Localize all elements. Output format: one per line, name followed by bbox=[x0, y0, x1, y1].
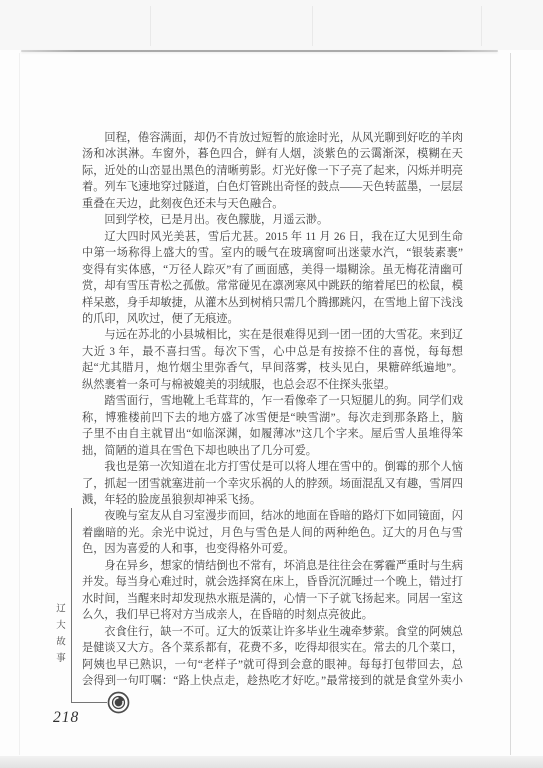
sidebar-horizontal-rule bbox=[71, 702, 107, 703]
text-line: 赏，却有雪压青松之孤傲。常常碰见在凛冽寒风中跳跃的缩着尾巴的松鼠，模 bbox=[82, 278, 463, 294]
sidebar-chapter-label: 辽大故事 bbox=[52, 603, 66, 669]
text-line: 称，博雅楼前凹下去的地方盛了冰雪便是“映雪湖”。每次走到那条路上，脑 bbox=[82, 410, 463, 426]
scan-streak bbox=[481, 6, 482, 46]
text-line: 会得到一句叮嘱：“路上快点走，趁热吃才好吃。”最常接到的就是食堂外卖小 bbox=[82, 673, 463, 689]
text-line: 夜晚与室友从自习室漫步而回，结冰的地面在昏暗的路灯下如同镜面，闪 bbox=[82, 508, 463, 524]
page-right-edge bbox=[510, 53, 511, 755]
text-line: 变得有实体感，“万径人踪灭”有了画面感，美得一塌糊涂。虽无梅花清幽可 bbox=[82, 262, 463, 278]
text-line: 汤和冰淇淋。车窗外，暮色四合，鲜有人烟，淡紫色的云霭渐深，模糊在天 bbox=[82, 146, 463, 162]
text-line: 样呆憨，身手却敏捷，从灌木丛到树梢只需几个腾挪跳闪，在雪地上留下浅浅 bbox=[82, 295, 463, 311]
scan-background-bottom bbox=[0, 756, 543, 768]
text-line: 并发。每当身心难过时，就会选择窝在床上，昏昏沉沉睡过一个晚上，错过打 bbox=[82, 574, 463, 590]
sidebar-vertical-rule bbox=[71, 508, 72, 702]
text-line: 色，因为喜爱的人和事，也变得格外可爱。 bbox=[82, 541, 463, 557]
text-line: 我也是第一次知道在北方打雪仗是可以将人埋在雪中的。倒霉的那个人恼 bbox=[82, 459, 463, 475]
clock-icon bbox=[106, 690, 131, 715]
text-line: 着。列车飞速地穿过隧道，白色灯管跳出奇怪的鼓点——天色转蓝墨，一层层 bbox=[82, 179, 463, 195]
text-line: 中第一场称得上盛大的雪。室内的暖气在玻璃窗呵出迷蒙水汽，“银装素裹” bbox=[82, 245, 463, 261]
text-line: 么久，我们早已将对方当成亲人，在昏暗的时刻点亮彼此。 bbox=[82, 607, 463, 623]
scanned-book-page: 回程，倦容满面，却仍不肯放过短暂的旅途时光，从风光聊到好吃的羊肉汤和冰淇淋。车窗… bbox=[0, 0, 543, 768]
scan-background-top bbox=[0, 0, 543, 50]
scan-streak bbox=[150, 6, 151, 46]
page-number: 218 bbox=[53, 709, 79, 727]
text-line: 重叠在天边，此刻夜色还未与天色融合。 bbox=[82, 196, 463, 212]
page-left-edge bbox=[19, 53, 20, 755]
text-line: 辽大四时风光美甚，雪后尤甚。2015 年 11 月 26 日，我在辽大见到生命 bbox=[82, 229, 463, 245]
text-line: 纵然裹着一条可与棉被媲美的羽绒服，也总会忍不住探头张望。 bbox=[82, 377, 463, 393]
text-line: 回到学校，已是月出。夜色朦胧，月遥云渺。 bbox=[82, 212, 463, 228]
text-line: 拙，简陋的道具在雪色下却也映出了几分可爱。 bbox=[82, 443, 463, 459]
text-line: 回程，倦容满面，却仍不肯放过短暂的旅途时光，从风光聊到好吃的羊肉 bbox=[82, 130, 463, 146]
text-line: 着幽暗的光。余光中说过，月色与雪色是人间的两种绝色。辽大的月色与雪 bbox=[82, 525, 463, 541]
text-line: 水时间，当醒来时却发现热水瓶是满的，心情一下子就飞扬起来。同居一室这 bbox=[82, 591, 463, 607]
text-line: 子里不由自主就冒出“如临深渊，如履薄冰”这几个字来。屋后雪人虽堆得笨 bbox=[82, 426, 463, 442]
text-line: 际，近处的山峦显出黑色的清晰剪影。灯光好像一下子亮了起来，闪烁并明亮 bbox=[82, 163, 463, 179]
text-line: 是健谈又大方。各个菜系都有，花费不多，吃得却很实在。常去的几个菜口， bbox=[82, 640, 463, 656]
text-line: 起“尤其腊月，炮竹烟尘里弥香气，早间落雾，枝头见白，果糖碎纸遍地”。 bbox=[82, 360, 463, 376]
text-line: 踏雪面行，雪地靴上毛茸茸的，乍一看像牵了一只短腿儿的狗。同学们戏 bbox=[82, 393, 463, 409]
text-line: 的爪印，风吹过，便了无痕迹。 bbox=[82, 311, 463, 327]
text-line: 大近 3 年，最不喜扫雪。每次下雪，心中总是有按捺不住的喜悦，每每想 bbox=[82, 344, 463, 360]
text-line: 与远在苏北的小县城相比，实在是很难得见到一团一团的大雪花。来到辽 bbox=[82, 327, 463, 343]
text-line: 衣食住行，缺一不可。辽大的饭菜让许多毕业生魂牵梦萦。食堂的阿姨总 bbox=[82, 624, 463, 640]
scan-streak bbox=[312, 6, 313, 46]
text-line: 溅，年轻的脸庞虽狼狈却神采飞扬。 bbox=[82, 492, 463, 508]
page-top-edge bbox=[21, 50, 498, 52]
text-line: 阿姨也早已熟识，一句“老样子”就可得到会意的眼神。每每打包带回去，总 bbox=[82, 657, 463, 673]
text-line: 身在异乡，想家的情结倒也不常有，坏消息是往往会在雾霾严重时与生病 bbox=[82, 558, 463, 574]
body-text: 回程，倦容满面，却仍不肯放过短暂的旅途时光，从风光聊到好吃的羊肉汤和冰淇淋。车窗… bbox=[82, 130, 463, 689]
text-line: 了，抓起一团雪就塞进前一个幸灾乐祸的人的脖颈。场面混乱又有趣，雪屑四 bbox=[82, 476, 463, 492]
